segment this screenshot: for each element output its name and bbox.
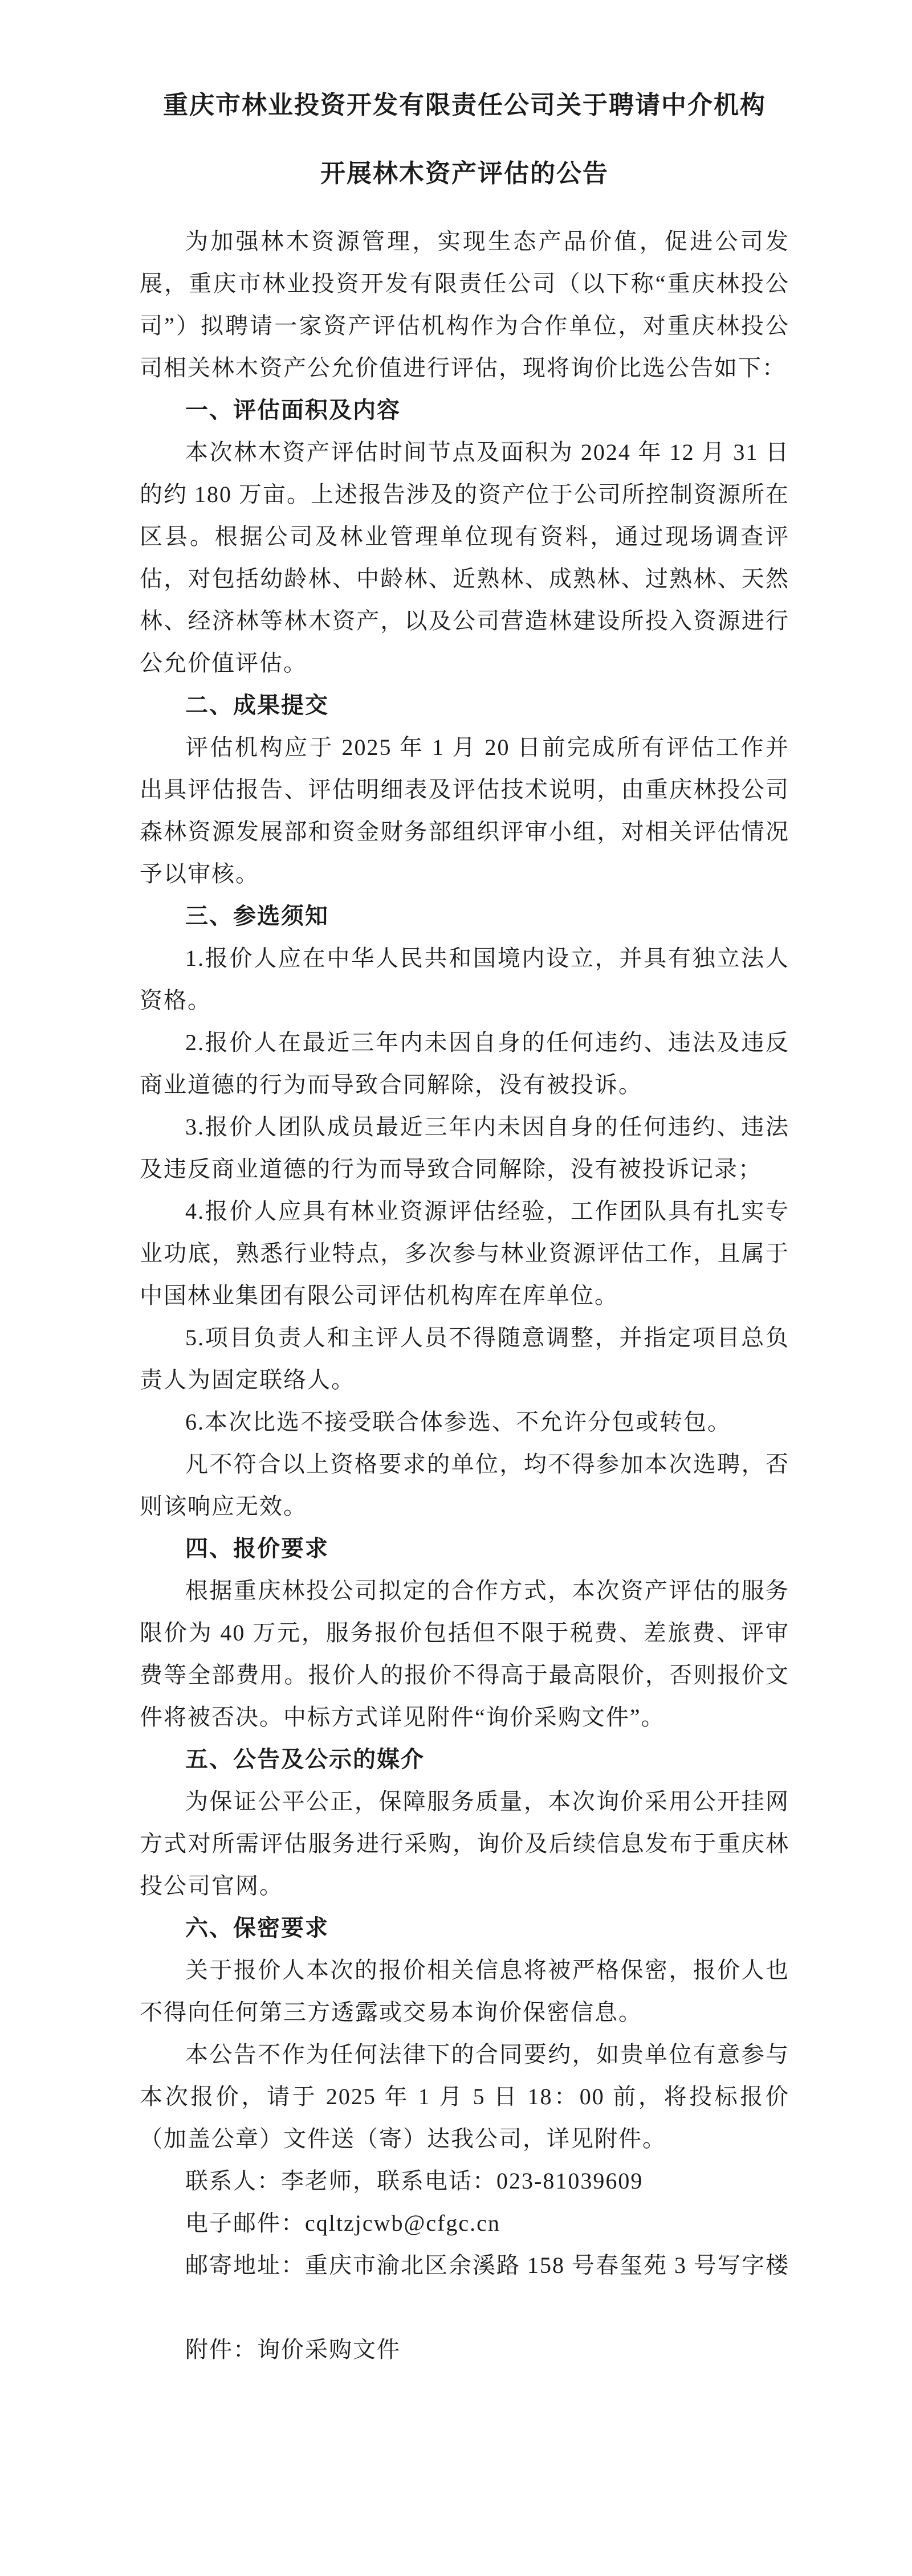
participation-note-item-3: 3.报价人团队成员最近三年内未因自身的任何违约、违法及违反商业道德的行为而导致合… bbox=[140, 1106, 789, 1190]
evaluation-area-paragraph: 本次林木资产评估时间节点及面积为 2024 年 12 月 31 日的约 180 … bbox=[140, 431, 789, 684]
heading-announcement-media: 五、公告及公示的媒介 bbox=[140, 1738, 789, 1781]
intro-paragraph: 为加强林木资源管理，实现生态产品价值，促进公司发展，重庆市林业投资开发有限责任公… bbox=[140, 221, 789, 389]
heading-evaluation-area-and-content: 一、评估面积及内容 bbox=[140, 389, 789, 431]
announcement-document: 重庆市林业投资开发有限责任公司关于聘请中介机构 开展林木资产评估的公告 为加强林… bbox=[0, 0, 912, 2576]
heading-participation-notes: 三、参选须知 bbox=[140, 895, 789, 937]
heading-deliverables: 二、成果提交 bbox=[140, 684, 789, 726]
attachment-line: 附件：询价采购文件 bbox=[140, 2329, 789, 2371]
participation-note-item-5: 5.项目负责人和主评人员不得随意调整，并指定项目总负责人为固定联络人。 bbox=[140, 1317, 789, 1401]
participation-note-item-2: 2.报价人在最近三年内未因自身的任何违约、违法及违反商业道德的行为而导致合同解除… bbox=[140, 1022, 789, 1106]
closing-offer-paragraph: 本公告不作为任何法律下的合同要约，如贵单位有意参与本次报价，请于 2025 年 … bbox=[140, 2034, 789, 2160]
document-title-line-1: 重庆市林业投资开发有限责任公司关于聘请中介机构 bbox=[140, 71, 789, 140]
contact-email-line: 电子邮件：cqltzjcwb@cfgc.cn bbox=[140, 2202, 789, 2244]
participation-disqualification-note: 凡不符合以上资格要求的单位，均不得参加本次选聘，否则该响应无效。 bbox=[140, 1443, 789, 1528]
mailing-address-line: 邮寄地址：重庆市渝北区余溪路 158 号春玺苑 3 号写字楼 bbox=[140, 2244, 789, 2287]
participation-note-item-4: 4.报价人应具有林业资源评估经验，工作团队具有扎实专业功底，熟悉行业特点，多次参… bbox=[140, 1190, 789, 1317]
heading-quotation-requirements: 四、报价要求 bbox=[140, 1528, 789, 1570]
deliverables-paragraph: 评估机构应于 2025 年 1 月 20 日前完成所有评估工作并出具评估报告、评… bbox=[140, 726, 789, 895]
document-title-line-2: 开展林木资产评估的公告 bbox=[140, 140, 789, 208]
confidentiality-paragraph: 关于报价人本次的报价相关信息将被严格保密，报价人也不得向任何第三方透露或交易本询… bbox=[140, 1949, 789, 2034]
participation-note-item-6: 6.本次比选不接受联合体参选、不允许分包或转包。 bbox=[140, 1401, 789, 1443]
announcement-media-paragraph: 为保证公平公正，保障服务质量，本次询价采用公开挂网方式对所需评估服务进行采购，询… bbox=[140, 1781, 789, 1907]
participation-note-item-1: 1.报价人应在中华人民共和国境内设立，并具有独立法人资格。 bbox=[140, 937, 789, 1022]
quotation-requirements-paragraph: 根据重庆林投公司拟定的合作方式，本次资产评估的服务限价为 40 万元，服务报价包… bbox=[140, 1570, 789, 1738]
heading-confidentiality: 六、保密要求 bbox=[140, 1907, 789, 1949]
document-title-block: 重庆市林业投资开发有限责任公司关于聘请中介机构 开展林木资产评估的公告 bbox=[140, 71, 789, 208]
contact-person-line: 联系人：李老师，联系电话：023-81039609 bbox=[140, 2160, 789, 2202]
